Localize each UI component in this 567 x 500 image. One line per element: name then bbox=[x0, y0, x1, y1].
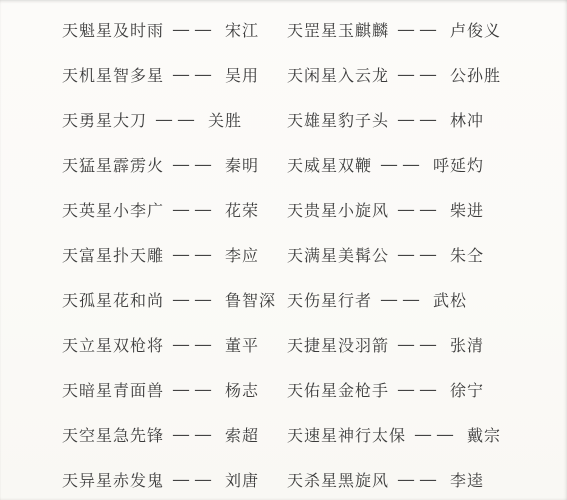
hero-name: 公孙胜 bbox=[450, 63, 501, 86]
dash-separator: —— bbox=[173, 426, 217, 444]
hero-name: 秦明 bbox=[225, 153, 259, 176]
star-title: 天孤星花和尚 bbox=[62, 288, 164, 311]
hero-name: 杨志 bbox=[225, 378, 259, 401]
dash-separator: —— bbox=[398, 336, 442, 354]
star-entry-left: 天猛星霹雳火——秦明 bbox=[62, 153, 287, 176]
dash-separator: —— bbox=[173, 156, 217, 174]
list-row: 天空星急先锋——索超天速星神行太保——戴宗 bbox=[62, 412, 567, 457]
hero-name: 鲁智深 bbox=[225, 288, 276, 311]
star-title: 天猛星霹雳火 bbox=[62, 153, 164, 176]
dash-separator: —— bbox=[173, 66, 217, 84]
hero-name: 朱仝 bbox=[450, 243, 484, 266]
star-title: 天闲星入云龙 bbox=[287, 63, 389, 86]
star-entry-right: 天罡星玉麒麟——卢俊义 bbox=[287, 18, 501, 41]
star-entry-right: 天杀星黑旋风——李逵 bbox=[287, 468, 484, 491]
dash-separator: —— bbox=[173, 21, 217, 39]
star-entry-left: 天富星扑天雕——李应 bbox=[62, 243, 287, 266]
list-row: 天富星扑天雕——李应天满星美髯公——朱仝 bbox=[62, 232, 567, 277]
hero-name: 索超 bbox=[225, 423, 259, 446]
star-title: 天杀星黑旋风 bbox=[287, 468, 389, 491]
star-title: 天空星急先锋 bbox=[62, 423, 164, 446]
hero-name: 李逵 bbox=[450, 468, 484, 491]
star-title: 天伤星行者 bbox=[287, 288, 372, 311]
dash-separator: —— bbox=[173, 246, 217, 264]
document-page: 天魁星及时雨——宋江天罡星玉麒麟——卢俊义天机星智多星——吴用天闲星入云龙——公… bbox=[0, 0, 567, 500]
star-title: 天异星赤发鬼 bbox=[62, 468, 164, 491]
star-title: 天立星双枪将 bbox=[62, 333, 164, 356]
star-title: 天速星神行太保 bbox=[287, 423, 406, 446]
dash-separator: —— bbox=[415, 426, 459, 444]
star-entry-left: 天英星小李广——花荣 bbox=[62, 198, 287, 221]
star-entry-left: 天立星双枪将——董平 bbox=[62, 333, 287, 356]
star-entry-right: 天捷星没羽箭——张清 bbox=[287, 333, 484, 356]
list-row: 天立星双枪将——董平天捷星没羽箭——张清 bbox=[62, 322, 567, 367]
star-entry-right: 天威星双鞭——呼延灼 bbox=[287, 153, 484, 176]
star-entry-right: 天雄星豹子头——林冲 bbox=[287, 108, 484, 131]
hero-name: 柴进 bbox=[450, 198, 484, 221]
dash-separator: —— bbox=[173, 336, 217, 354]
star-title: 天满星美髯公 bbox=[287, 243, 389, 266]
list-row: 天暗星青面兽——杨志天佑星金枪手——徐宁 bbox=[62, 367, 567, 412]
star-entry-right: 天贵星小旋风——柴进 bbox=[287, 198, 484, 221]
hero-name: 林冲 bbox=[450, 108, 484, 131]
star-list: 天魁星及时雨——宋江天罡星玉麒麟——卢俊义天机星智多星——吴用天闲星入云龙——公… bbox=[0, 0, 567, 500]
dash-separator: —— bbox=[398, 471, 442, 489]
star-title: 天富星扑天雕 bbox=[62, 243, 164, 266]
star-title: 天勇星大刀 bbox=[62, 108, 147, 131]
star-entry-left: 天异星赤发鬼——刘唐 bbox=[62, 468, 287, 491]
star-title: 天威星双鞭 bbox=[287, 153, 372, 176]
hero-name: 徐宁 bbox=[450, 378, 484, 401]
dash-separator: —— bbox=[398, 111, 442, 129]
hero-name: 吴用 bbox=[225, 63, 259, 86]
list-row: 天猛星霹雳火——秦明天威星双鞭——呼延灼 bbox=[62, 142, 567, 187]
dash-separator: —— bbox=[398, 66, 442, 84]
hero-name: 呼延灼 bbox=[433, 153, 484, 176]
hero-name: 戴宗 bbox=[467, 423, 501, 446]
star-entry-left: 天孤星花和尚——鲁智深 bbox=[62, 288, 287, 311]
star-entry-right: 天佑星金枪手——徐宁 bbox=[287, 378, 484, 401]
dash-separator: —— bbox=[173, 381, 217, 399]
star-title: 天贵星小旋风 bbox=[287, 198, 389, 221]
list-row: 天勇星大刀——关胜天雄星豹子头——林冲 bbox=[62, 97, 567, 142]
hero-name: 花荣 bbox=[225, 198, 259, 221]
dash-separator: —— bbox=[398, 201, 442, 219]
dash-separator: —— bbox=[173, 291, 217, 309]
star-entry-left: 天勇星大刀——关胜 bbox=[62, 108, 287, 131]
star-title: 天魁星及时雨 bbox=[62, 18, 164, 41]
list-row: 天孤星花和尚——鲁智深天伤星行者——武松 bbox=[62, 277, 567, 322]
star-entry-right: 天闲星入云龙——公孙胜 bbox=[287, 63, 501, 86]
star-entry-right: 天满星美髯公——朱仝 bbox=[287, 243, 484, 266]
dash-separator: —— bbox=[398, 381, 442, 399]
star-title: 天雄星豹子头 bbox=[287, 108, 389, 131]
dash-separator: —— bbox=[381, 291, 425, 309]
star-title: 天罡星玉麒麟 bbox=[287, 18, 389, 41]
hero-name: 关胜 bbox=[208, 108, 242, 131]
hero-name: 武松 bbox=[433, 288, 467, 311]
star-entry-left: 天空星急先锋——索超 bbox=[62, 423, 287, 446]
dash-separator: —— bbox=[173, 201, 217, 219]
list-row: 天英星小李广——花荣天贵星小旋风——柴进 bbox=[62, 187, 567, 232]
dash-separator: —— bbox=[398, 21, 442, 39]
star-entry-left: 天机星智多星——吴用 bbox=[62, 63, 287, 86]
hero-name: 董平 bbox=[225, 333, 259, 356]
star-entry-right: 天速星神行太保——戴宗 bbox=[287, 423, 501, 446]
star-title: 天佑星金枪手 bbox=[287, 378, 389, 401]
star-title: 天机星智多星 bbox=[62, 63, 164, 86]
list-row: 天机星智多星——吴用天闲星入云龙——公孙胜 bbox=[62, 52, 567, 97]
hero-name: 宋江 bbox=[225, 18, 259, 41]
hero-name: 刘唐 bbox=[225, 468, 259, 491]
star-title: 天捷星没羽箭 bbox=[287, 333, 389, 356]
list-row: 天异星赤发鬼——刘唐天杀星黑旋风——李逵 bbox=[62, 457, 567, 500]
star-entry-left: 天暗星青面兽——杨志 bbox=[62, 378, 287, 401]
star-entry-right: 天伤星行者——武松 bbox=[287, 288, 467, 311]
hero-name: 卢俊义 bbox=[450, 18, 501, 41]
star-entry-left: 天魁星及时雨——宋江 bbox=[62, 18, 287, 41]
dash-separator: —— bbox=[398, 246, 442, 264]
star-title: 天暗星青面兽 bbox=[62, 378, 164, 401]
hero-name: 李应 bbox=[225, 243, 259, 266]
hero-name: 张清 bbox=[450, 333, 484, 356]
dash-separator: —— bbox=[156, 111, 200, 129]
star-title: 天英星小李广 bbox=[62, 198, 164, 221]
list-row: 天魁星及时雨——宋江天罡星玉麒麟——卢俊义 bbox=[62, 7, 567, 52]
dash-separator: —— bbox=[173, 471, 217, 489]
dash-separator: —— bbox=[381, 156, 425, 174]
